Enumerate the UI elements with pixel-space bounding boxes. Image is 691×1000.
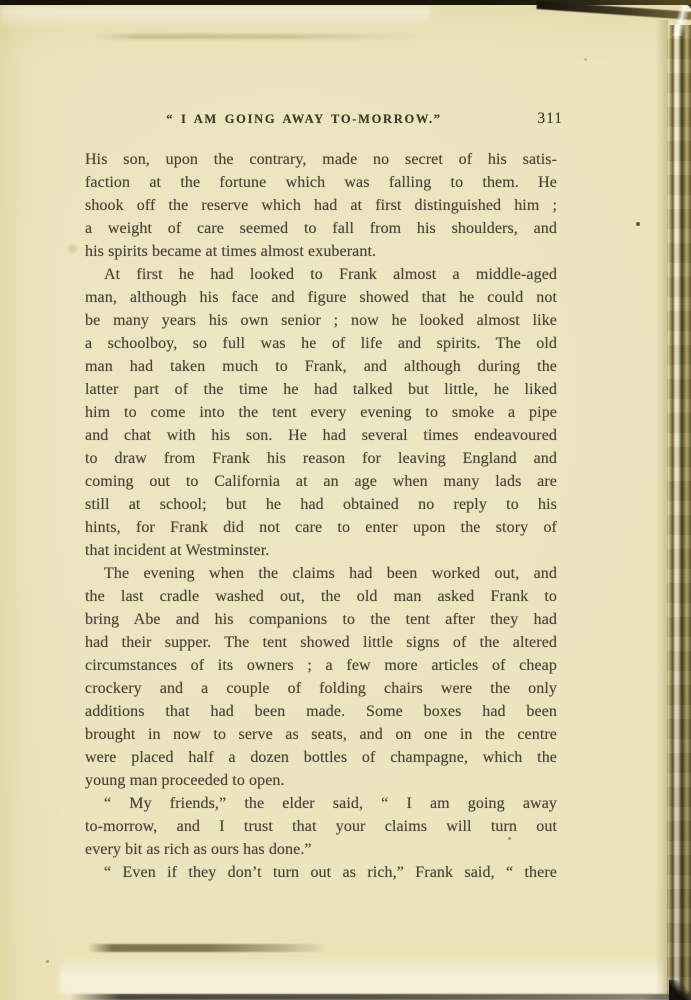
- scanned-book-page: “ I AM GOING AWAY TO-MORROW.” 311 His so…: [0, 0, 691, 1000]
- text-line: a schoolboy, so full was he of life and …: [85, 332, 557, 355]
- text-line: latter part of the time he had talked bu…: [85, 378, 557, 401]
- text-line: “ Even if they don’t turn out as rich,” …: [85, 861, 557, 884]
- text-line: were placed half a dozen bottles of cham…: [85, 746, 557, 769]
- text-line: shook off the reserve which had at first…: [85, 194, 557, 217]
- text-line: At first he had looked to Frank almost a…: [85, 263, 557, 286]
- text-line: be many years his own senior ; now he lo…: [85, 309, 557, 332]
- text-line: brought in now to serve as seats, and on…: [85, 723, 557, 746]
- text-line: coming out to California at an age when …: [85, 470, 557, 493]
- text-line: faction at the fortune which was falling…: [85, 171, 557, 194]
- text-line: his spirits became at times almost exube…: [85, 240, 557, 263]
- text-line: the last cradle washed out, the old man …: [85, 585, 557, 608]
- paragraph: At first he had looked to Frank almost a…: [85, 263, 557, 562]
- text-line: additions that had been made. Some boxes…: [85, 700, 557, 723]
- text-line: that incident at Westminster.: [85, 539, 557, 562]
- text-line: had their supper. The tent showed little…: [85, 631, 557, 654]
- text-block: His son, upon the contrary, made no secr…: [85, 148, 557, 884]
- text-line: “ My friends,” the elder said, “ I am go…: [85, 792, 557, 815]
- text-line: His son, upon the contrary, made no secr…: [85, 148, 557, 171]
- text-line: hints, for Frank did not care to enter u…: [85, 516, 557, 539]
- text-line: and chat with his son. He had several ti…: [85, 424, 557, 447]
- text-line: to-morrow, and I trust that your claims …: [85, 815, 557, 838]
- text-line: crockery and a couple of folding chairs …: [85, 677, 557, 700]
- text-line: to draw from Frank his reason for leavin…: [85, 447, 557, 470]
- text-line: still at school; but he had obtained no …: [85, 493, 557, 516]
- text-line: him to come into the tent every evening …: [85, 401, 557, 424]
- text-line: circumstances of its owners ; a few more…: [85, 654, 557, 677]
- text-line: bring Abe and his companions to the tent…: [85, 608, 557, 631]
- page-number: 311: [537, 110, 563, 128]
- paragraph: “ My friends,” the elder said, “ I am go…: [85, 792, 557, 861]
- text-line: The evening when the claims had been wor…: [85, 562, 557, 585]
- paragraph: His son, upon the contrary, made no secr…: [85, 148, 557, 263]
- chapter-running-title: “ I AM GOING AWAY TO-MORROW.”: [85, 112, 523, 127]
- text-line: man had taken much to Frank, and althoug…: [85, 355, 557, 378]
- text-line: every bit as rich as ours has done.”: [85, 838, 557, 861]
- paragraph: The evening when the claims had been wor…: [85, 562, 557, 792]
- text-line: man, although his face and figure showed…: [85, 286, 557, 309]
- text-line: a weight of care seemed to fall from his…: [85, 217, 557, 240]
- text-line: young man proceeded to open.: [85, 769, 557, 792]
- running-header: “ I AM GOING AWAY TO-MORROW.” 311: [85, 110, 563, 130]
- paragraph: “ Even if they don’t turn out as rich,” …: [85, 861, 557, 884]
